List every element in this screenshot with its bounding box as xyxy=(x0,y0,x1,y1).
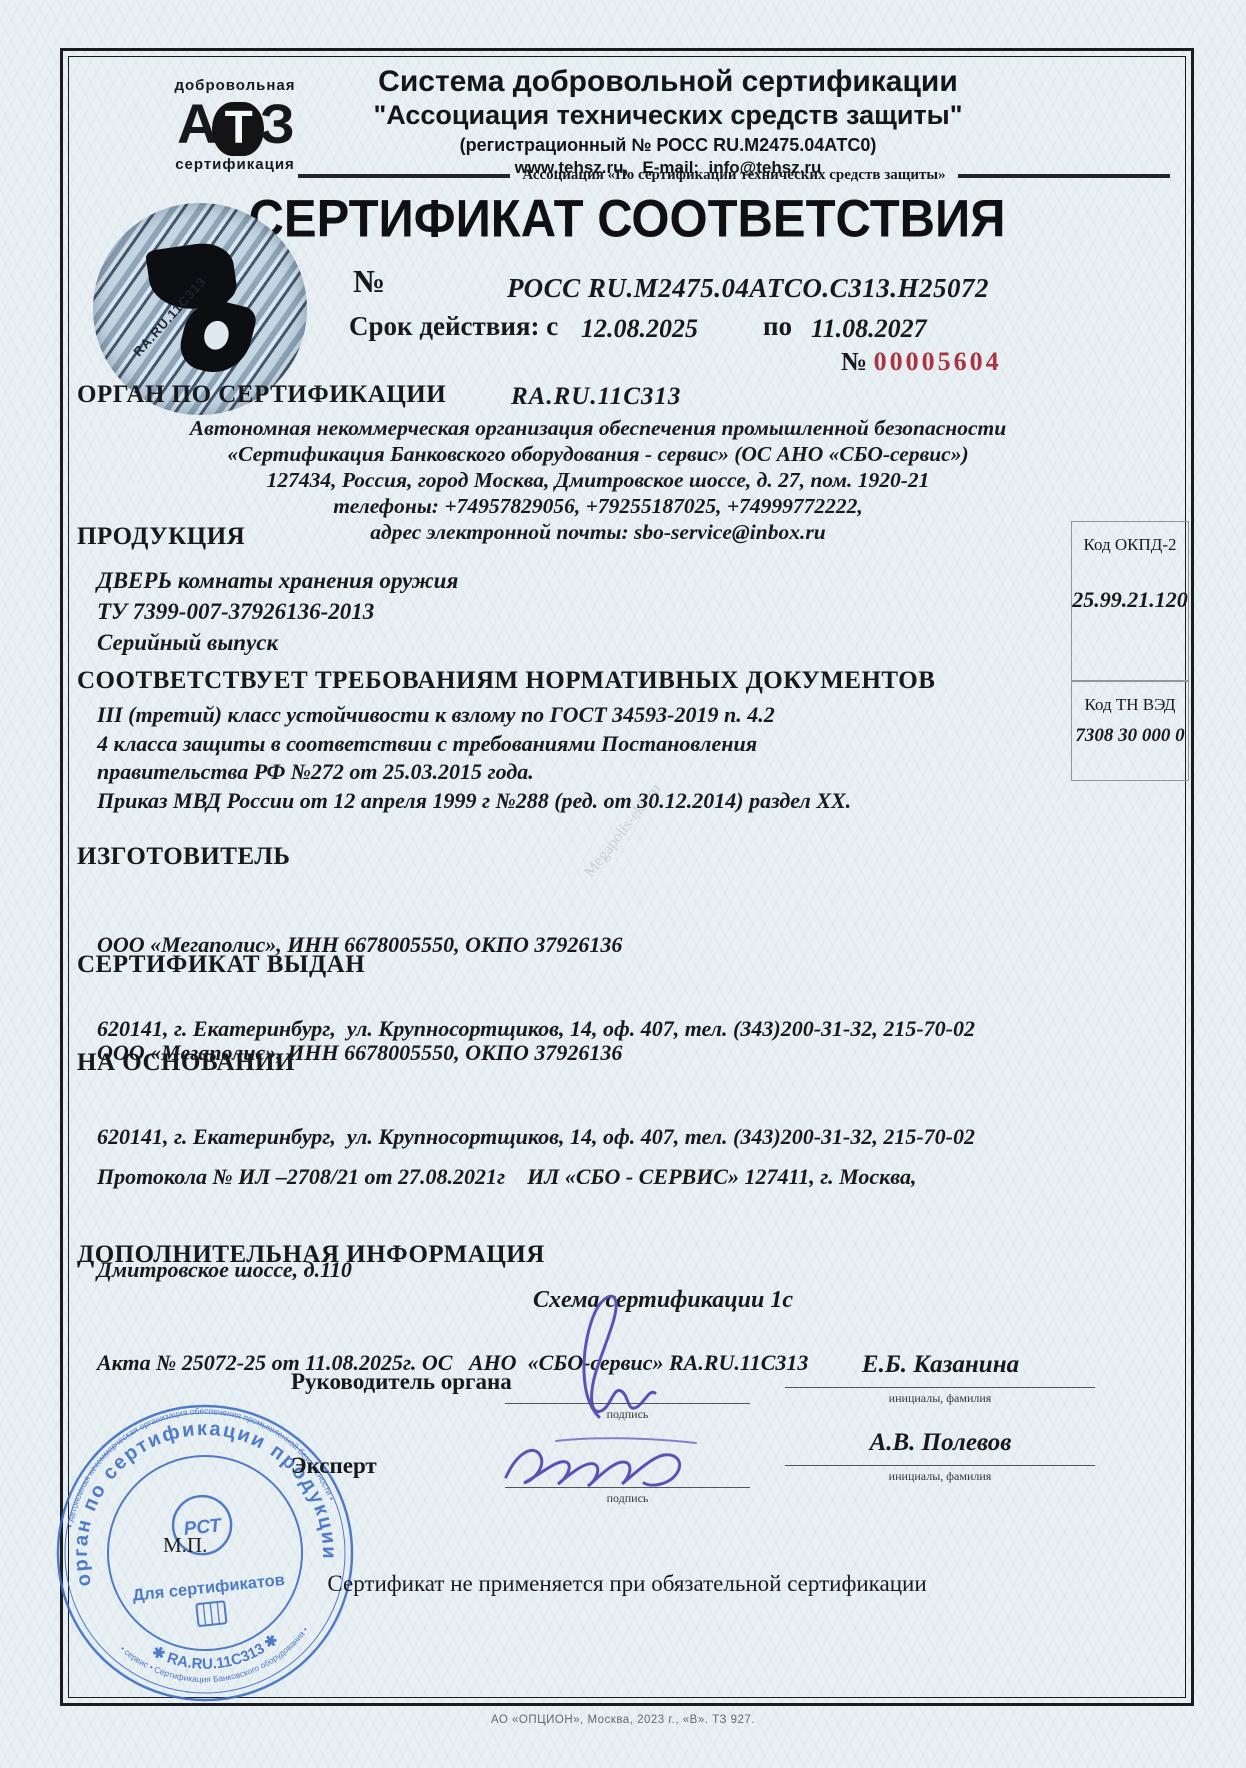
mandatory-certification-note: Сертификат не применяется при обязательн… xyxy=(63,1571,1191,1597)
tnved-label: Код ТН ВЭД xyxy=(1072,695,1188,715)
org-line: «Сертификация Банковского оборудования -… xyxy=(93,441,1103,467)
product-name-caps: ДВЕРЬ xyxy=(97,568,172,593)
expert-signature xyxy=(496,1433,721,1495)
expert-name-caption: инициалы, фамилия xyxy=(785,1469,1095,1484)
certification-scheme: Схема сертификации 1с xyxy=(383,1287,943,1314)
product-serial: Серийный выпуск xyxy=(97,627,458,658)
divider-rule-right xyxy=(958,174,1170,178)
okpd-value: 25.99.21.120 xyxy=(1072,587,1188,613)
conformity-line: правительства РФ №272 от 25.03.2015 года… xyxy=(97,758,1062,787)
head-signature xyxy=(533,1291,663,1421)
blank-number: № 00005604 xyxy=(841,347,1002,377)
expert-label: Эксперт xyxy=(291,1453,377,1479)
certification-system-header: Система добровольной сертификации "Ассоц… xyxy=(313,65,1023,179)
head-signature-line xyxy=(505,1403,750,1404)
org-line: телефоны: +74957829056, +79255187025, +7… xyxy=(93,493,1103,519)
atz-logo: добровольная АТЗ сертификация xyxy=(125,77,345,173)
section-heading-additional: ДОПОЛНИТЕЛЬНАЯ ИНФОРМАЦИЯ xyxy=(77,1241,545,1269)
section-heading-manufacturer: ИЗГОТОВИТЕЛЬ xyxy=(77,843,290,871)
association-name: Ассоциация «По сертификации технических … xyxy=(522,167,945,184)
expert-name-line xyxy=(785,1465,1095,1466)
head-signature-caption: подпись xyxy=(505,1407,750,1422)
basis-line: Протокола № ИЛ –2708/21 от 27.08.2021г И… xyxy=(97,1161,1097,1192)
certificate-number: РОСС RU.M2475.04АТСО.С313.Н25072 xyxy=(433,273,1063,304)
expert-signature-line xyxy=(505,1487,750,1488)
conformity-line: 4 класса защиты в соответствии с требова… xyxy=(97,730,1062,759)
print-house-footer: АО «ОПЦИОН», Москва, 2023 г., «В». ТЗ 92… xyxy=(0,1714,1246,1726)
validity-to-label: по xyxy=(763,311,792,342)
head-of-body-label: Руководитель органа xyxy=(291,1369,512,1395)
blank-no-sign: № xyxy=(841,347,867,376)
tnved-code-box: Код ТН ВЭД 7308 30 000 0 xyxy=(1071,681,1189,781)
blank-number-red: 00005604 xyxy=(874,347,1002,376)
conformity-requirements: III (третий) класс устойчивости к взлому… xyxy=(97,701,1062,815)
logo-top-text: добровольная xyxy=(125,77,345,94)
tnved-value: 7308 30 000 0 xyxy=(1072,725,1188,747)
conformity-line: Приказ МВД России от 12 апреля 1999 г №2… xyxy=(97,787,1062,816)
okpd-code-box: Код ОКПД-2 25.99.21.120 xyxy=(1071,521,1189,681)
logo-letters: АТЗ xyxy=(125,94,345,156)
certification-body-code: RA.RU.11С313 xyxy=(511,383,681,411)
section-heading-certification-body: ОРГАН ПО СЕРТИФИКАЦИИ xyxy=(77,381,446,409)
certificate-frame: добровольная АТЗ сертификация Система до… xyxy=(60,48,1194,1706)
org-line: Автономная некоммерческая организация об… xyxy=(93,415,1103,441)
system-name-line2: "Ассоциация технических средств защиты" xyxy=(313,99,1023,131)
registration-number-line: (регистрационный № РОСС RU.M2475.04АТС0) xyxy=(313,133,1023,157)
expert-name: А.В. Полевов xyxy=(788,1429,1093,1457)
certificate-page: Megapolis-ekb.ru добровольная АТЗ сертиф… xyxy=(0,0,1246,1768)
conformity-line: III (третий) класс устойчивости к взлому… xyxy=(97,701,1062,730)
association-divider: Ассоциация «По сертификации технических … xyxy=(298,167,1170,184)
expert-signature-caption: подпись xyxy=(505,1491,750,1506)
section-heading-basis: НА ОСНОВАНИИ xyxy=(77,1049,295,1077)
section-heading-conformity: СООТВЕТСТВУЕТ ТРЕБОВАНИЯМ НОРМАТИВНЫХ ДО… xyxy=(77,667,935,695)
divider-rule-left xyxy=(298,174,510,178)
validity-label: Срок действия: с xyxy=(349,311,558,342)
org-line: 127434, Россия, город Москва, Дмитровско… xyxy=(93,467,1103,493)
section-heading-product: ПРОДУКЦИЯ xyxy=(77,523,245,551)
head-name-line xyxy=(785,1387,1095,1388)
head-name-caption: инициалы, фамилия xyxy=(785,1391,1095,1406)
product-name: ДВЕРЬ комнаты хранения оружия xyxy=(97,565,458,596)
logo-letter-t: Т xyxy=(212,102,264,156)
product-tu: ТУ 7399-007-37926136-2013 xyxy=(97,596,458,627)
logo-letter-a: А xyxy=(177,92,215,155)
system-name-line1: Система добровольной сертификации xyxy=(313,65,1023,99)
stamp-place-mark: М.П. xyxy=(163,1533,207,1558)
validity-to-date: 11.08.2027 xyxy=(811,314,927,344)
logo-letter-z: З xyxy=(260,92,293,155)
certificate-no-sign: № xyxy=(353,263,385,300)
okpd-label: Код ОКПД-2 xyxy=(1072,535,1188,555)
section-heading-issued-to: СЕРТИФИКАТ ВЫДАН xyxy=(77,951,365,979)
head-name: Е.Б. Казанина xyxy=(788,1351,1093,1379)
product-details: ДВЕРЬ комнаты хранения оружия ТУ 7399-00… xyxy=(97,565,458,658)
validity-from-date: 12.08.2025 xyxy=(581,314,698,344)
product-name-rest: комнаты хранения оружия xyxy=(172,568,458,593)
